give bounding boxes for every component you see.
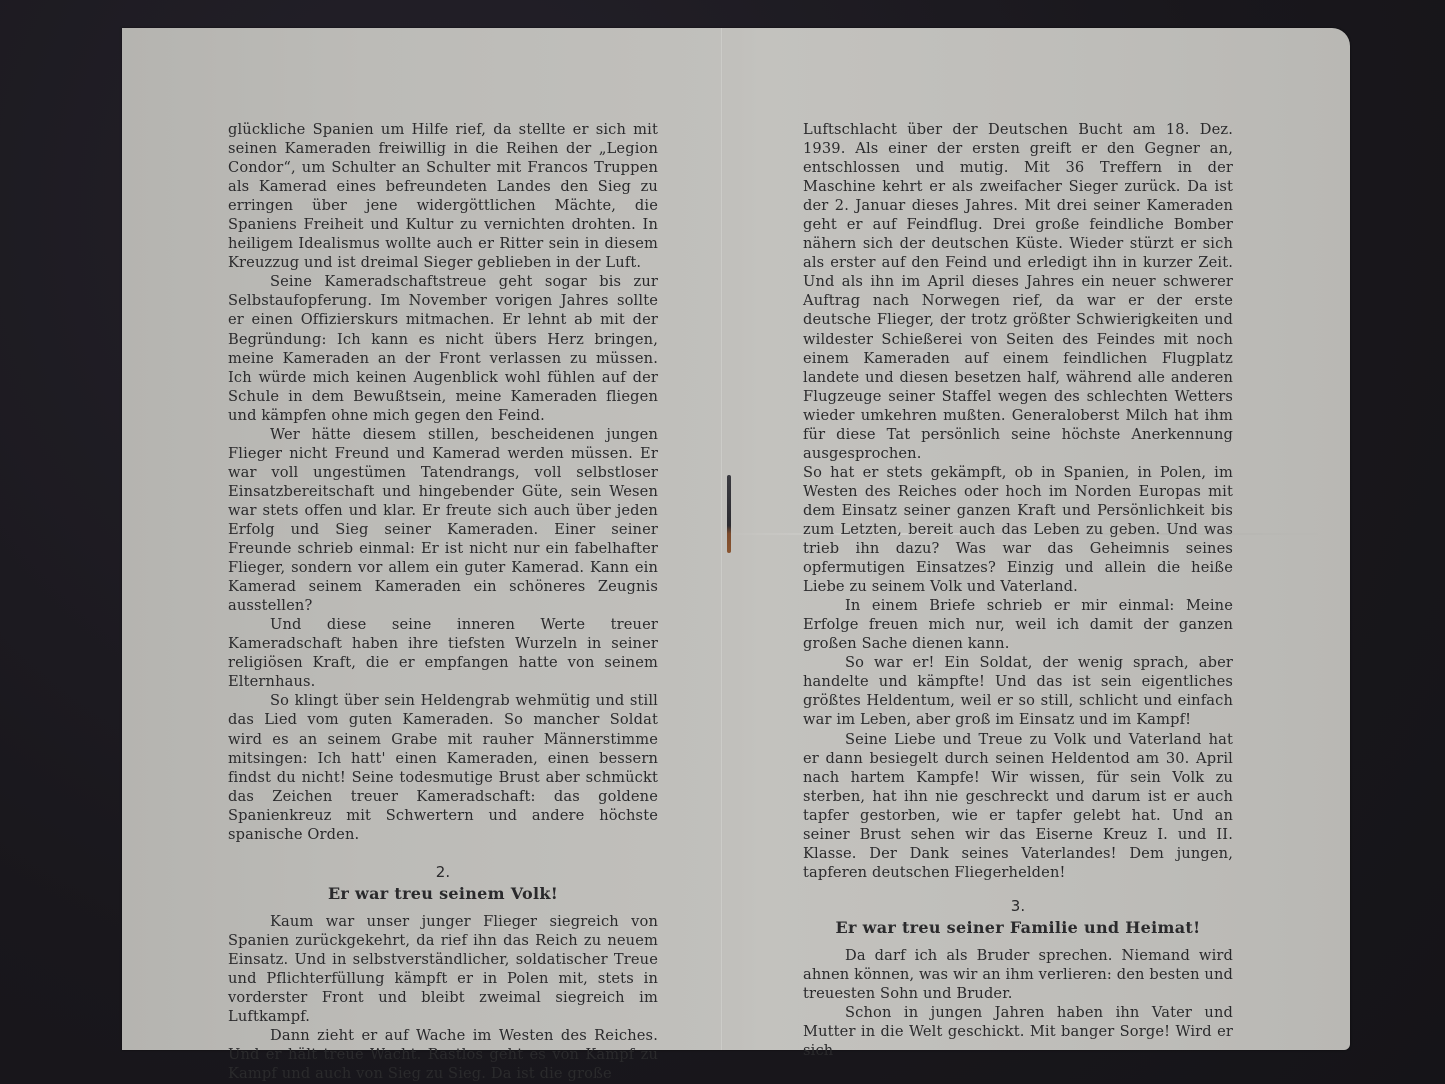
paragraph: So klingt über sein Heldengrab wehmütig … [228, 691, 658, 843]
paragraph: Luftschlacht über der Deutschen Bucht am… [803, 120, 1233, 463]
paragraph: Kaum war unser junger Flieger siegreich … [228, 912, 658, 1026]
leaflet-sheet: glückliche Spanien um Hilfe rief, da ste… [122, 28, 1350, 1050]
section-number: 3. [803, 896, 1233, 916]
paragraph: So hat er stets gekämpft, ob in Spanien,… [803, 463, 1233, 596]
paragraph: So war er! Ein Soldat, der wenig sprach,… [803, 653, 1233, 729]
paragraph: Und diese seine inneren Werte treuer Kam… [228, 615, 658, 691]
section-heading: Er war treu seinem Volk! [228, 882, 658, 906]
paragraph: Schon in jungen Jahren haben ihn Vater u… [803, 1003, 1233, 1060]
right-page-column: Luftschlacht über der Deutschen Bucht am… [803, 120, 1233, 1060]
section-heading: Er war treu seiner Familie und Heimat! [803, 916, 1233, 940]
center-fold [720, 28, 723, 1050]
left-page-column: glückliche Spanien um Hilfe rief, da ste… [228, 120, 658, 1083]
section-number: 2. [228, 862, 658, 882]
paragraph: Seine Kameradschaftstreue geht sogar bis… [228, 272, 658, 424]
paragraph: Seine Liebe und Treue zu Volk und Vaterl… [803, 730, 1233, 882]
paragraph: Wer hätte diesem stillen, bescheidenen j… [228, 425, 658, 615]
paragraph: Da darf ich als Bruder sprechen. Niemand… [803, 946, 1233, 1003]
paragraph: In einem Briefe schrieb er mir einmal: M… [803, 596, 1233, 653]
paragraph: glückliche Spanien um Hilfe rief, da ste… [228, 120, 658, 272]
staple-icon [727, 475, 731, 553]
paragraph: Dann zieht er auf Wache im Westen des Re… [228, 1026, 658, 1083]
